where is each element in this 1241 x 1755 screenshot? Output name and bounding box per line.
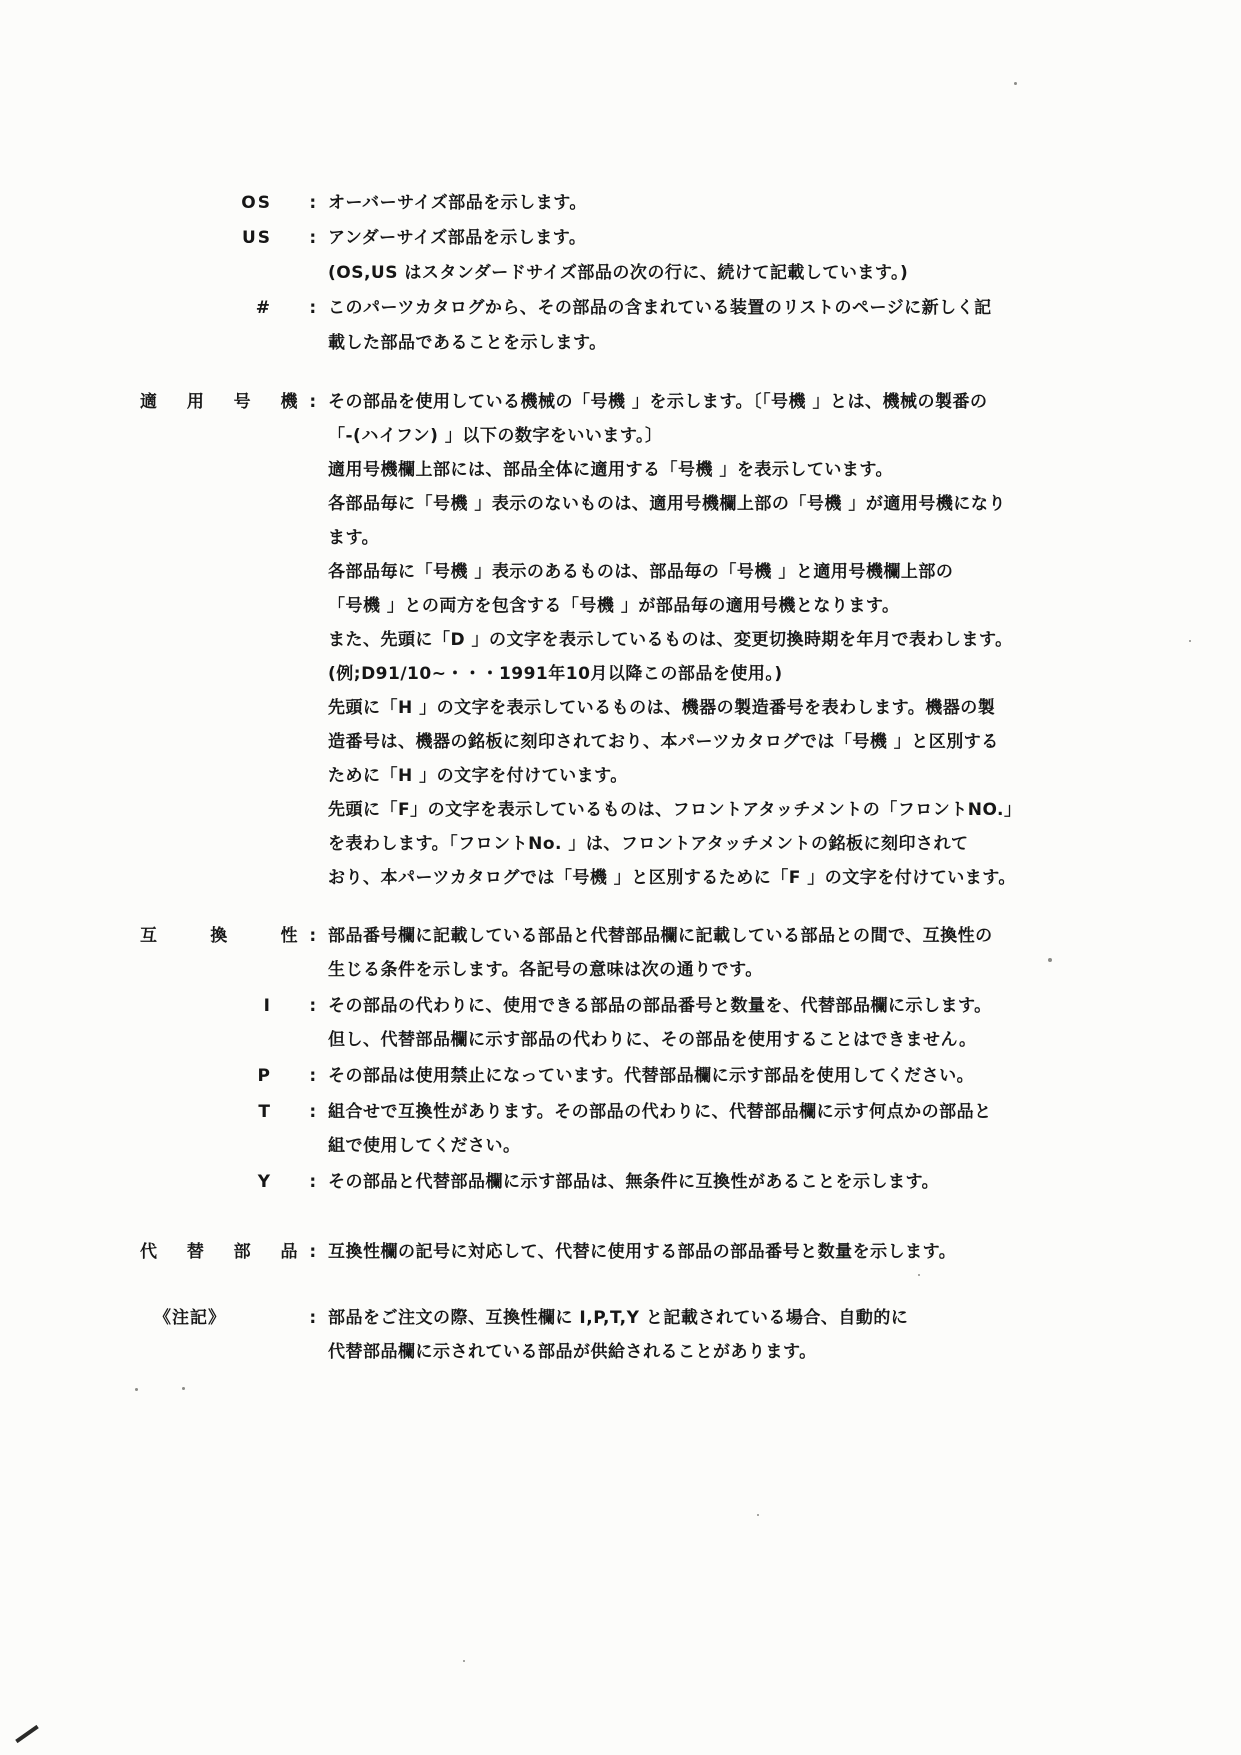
legend-symbol-os: OS [140,186,298,221]
body-line: 適用号機欄上部には、部品全体に適用する「号機 」を表示しています。 [328,453,1140,487]
legend-line: オーバーサイズ部品を示します。 [328,186,1140,221]
legend-line: アンダーサイズ部品を示します。 [328,221,1140,256]
body-line: その部品の代わりに、使用できる部品の部品番号と数量を、代替部品欄に示します。 [328,989,1140,1023]
scanned-document-page: OS : オーバーサイズ部品を示します。 US : アンダーサイズ部品を示します… [0,0,1241,1755]
section-label-note: 《注記》 [140,1301,298,1335]
legend-text: このパーツカタログから、その部品の含まれている装置のリストのページに新しく記 載… [328,291,1140,361]
body-line: その部品を使用している機械の「号機 」を示します。〔「号機 」とは、機械の製番の [328,385,1140,419]
legend-symbol-hash: # [140,291,298,326]
body-line: 互換性欄の記号に対応して、代替に使用する部品の部品番号と数量を示します。 [328,1235,1140,1269]
legend-line: 載した部品であることを示します。 [328,326,1140,361]
legend-symbol-us: US [140,221,298,256]
body-line: おり、本パーツカタログでは「号機 」と区別するために「F 」の文字を付けています… [328,861,1140,895]
body-line: 組で使用してください。 [328,1129,1140,1163]
legend-text: (OS,US はスタンダードサイズ部品の次の行に、続けて記載しています。) [328,256,1140,291]
section-label-interchangeability: 互 換 性 [140,919,298,953]
body-line: 「号機 」との両方を包含する「号機 」が部品毎の適用号機となります。 [328,589,1140,623]
size-symbol-legend: OS : オーバーサイズ部品を示します。 US : アンダーサイズ部品を示します… [140,186,1140,361]
colon-separator: : [298,1165,328,1199]
body-line: 部品番号欄に記載している部品と代替部品欄に記載している部品との間で、互換性の [328,919,1140,953]
scan-speck [463,1660,465,1662]
body-line: その部品は使用禁止になっています。代替部品欄に示す部品を使用してください。 [328,1059,1140,1093]
section-label-applicable-serial: 適 用 号 機 [140,385,298,419]
section-body: 部品番号欄に記載している部品と代替部品欄に記載している部品との間で、互換性の 生… [328,919,1140,987]
body-line: 先頭に「H 」の文字を表示しているものは、機器の製造番号を表わします。機器の製 [328,691,1140,725]
colon-separator: : [298,186,328,221]
colon-separator: : [298,1095,328,1129]
body-line: 「-(ハイフン) 」以下の数字をいいます。〕 [328,419,1140,453]
section-substitute-parts: 代 替 部 品 : 互換性欄の記号に対応して、代替に使用する部品の部品番号と数量… [140,1235,1140,1269]
legend-text: オーバーサイズ部品を示します。 [328,186,1140,221]
body-line: 組合せで互換性があります。その部品の代わりに、代替部品欄に示す何点かの部品と [328,1095,1140,1129]
body-line: を表わします。「フロントNo. 」は、フロントアタッチメントの銘板に刻印されて [328,827,1140,861]
legend-row-hash: # : このパーツカタログから、その部品の含まれている装置のリストのページに新し… [140,291,1140,361]
legend-line: このパーツカタログから、その部品の含まれている装置のリストのページに新しく記 [328,291,1140,326]
symbol-row-i: I : その部品の代わりに、使用できる部品の部品番号と数量を、代替部品欄に示しま… [140,989,1140,1057]
scan-speck [1014,82,1017,85]
body-line: 先頭に「F」の文字を表示しているものは、フロントアタッチメントの「フロントNO.… [328,793,1140,827]
scan-speck [1189,640,1191,642]
section-interchangeability: 互 換 性 : 部品番号欄に記載している部品と代替部品欄に記載している部品との間… [140,919,1140,1199]
scan-corner-mark [15,1725,39,1743]
symbol-row-y: Y : その部品と代替部品欄に示す部品は、無条件に互換性があることを示します。 [140,1165,1140,1199]
body-line: 但し、代替部品欄に示す部品の代わりに、その部品を使用することはできません。 [328,1023,1140,1057]
legend-line: (OS,US はスタンダードサイズ部品の次の行に、続けて記載しています。) [328,256,1140,291]
legend-row-us: US : アンダーサイズ部品を示します。 [140,221,1140,256]
section-label-substitute-parts: 代 替 部 品 [140,1235,298,1269]
symbol-t: T [140,1095,298,1129]
section-body: 互換性欄の記号に対応して、代替に使用する部品の部品番号と数量を示します。 [328,1235,1140,1269]
symbol-row-t: T : 組合せで互換性があります。その部品の代わりに、代替部品欄に示す何点かの部… [140,1095,1140,1163]
section-note: 《注記》 : 部品をご注文の際、互換性欄に I,P,T,Y と記載されている場合… [140,1301,1140,1369]
symbol-body: その部品と代替部品欄に示す部品は、無条件に互換性があることを示します。 [328,1165,1140,1199]
scan-speck [757,1514,759,1516]
section-body: その部品を使用している機械の「号機 」を示します。〔「号機 」とは、機械の製番の… [328,385,1140,895]
scan-speck [918,1274,920,1276]
scan-speck [1048,958,1052,962]
colon-separator: : [298,1235,328,1269]
body-line: 各部品毎に「号機 」表示のないものは、適用号機欄上部の「号機 」が適用号機になり [328,487,1140,521]
body-line: ために「H 」の文字を付けています。 [328,759,1140,793]
legend-row-os-us-note: (OS,US はスタンダードサイズ部品の次の行に、続けて記載しています。) [140,256,1140,291]
symbol-y: Y [140,1165,298,1199]
symbol-i: I [140,989,298,1023]
symbol-body: その部品の代わりに、使用できる部品の部品番号と数量を、代替部品欄に示します。 但… [328,989,1140,1057]
section-applicable-serial: 適 用 号 機 : その部品を使用している機械の「号機 」を示します。〔「号機 … [140,385,1140,895]
colon-separator: : [298,291,328,326]
document-content: OS : オーバーサイズ部品を示します。 US : アンダーサイズ部品を示します… [140,186,1140,1369]
symbol-row-p: P : その部品は使用禁止になっています。代替部品欄に示す部品を使用してください… [140,1059,1140,1093]
colon-separator: : [298,1059,328,1093]
body-line: ます。 [328,521,1140,555]
colon-separator: : [298,221,328,256]
section-body: 部品をご注文の際、互換性欄に I,P,T,Y と記載されている場合、自動的に 代… [328,1301,1140,1369]
body-line: 生じる条件を示します。各記号の意味は次の通りです。 [328,953,1140,987]
symbol-p: P [140,1059,298,1093]
legend-row-os: OS : オーバーサイズ部品を示します。 [140,186,1140,221]
colon-separator: : [298,919,328,953]
body-line: また、先頭に「D 」の文字を表示しているものは、変更切換時期を年月で表わします。 [328,623,1140,657]
interchangeability-intro: 互 換 性 : 部品番号欄に記載している部品と代替部品欄に記載している部品との間… [140,919,1140,987]
body-line: 各部品毎に「号機 」表示のあるものは、部品毎の「号機 」と適用号機欄上部の [328,555,1140,589]
colon-separator: : [298,989,328,1023]
body-line: 造番号は、機器の銘板に刻印されており、本パーツカタログでは「号機 」と区別する [328,725,1140,759]
body-line: (例;D91/10~・・・1991年10月以降この部品を使用。) [328,657,1140,691]
colon-separator: : [298,385,328,419]
body-line: 代替部品欄に示されている部品が供給されることがあります。 [328,1335,1140,1369]
colon-separator: : [298,1301,328,1335]
legend-text: アンダーサイズ部品を示します。 [328,221,1140,256]
scan-speck [182,1387,185,1390]
body-line: 部品をご注文の際、互換性欄に I,P,T,Y と記載されている場合、自動的に [328,1301,1140,1335]
symbol-body: その部品は使用禁止になっています。代替部品欄に示す部品を使用してください。 [328,1059,1140,1093]
body-line: その部品と代替部品欄に示す部品は、無条件に互換性があることを示します。 [328,1165,1140,1199]
symbol-body: 組合せで互換性があります。その部品の代わりに、代替部品欄に示す何点かの部品と 組… [328,1095,1140,1163]
scan-speck [135,1388,138,1391]
